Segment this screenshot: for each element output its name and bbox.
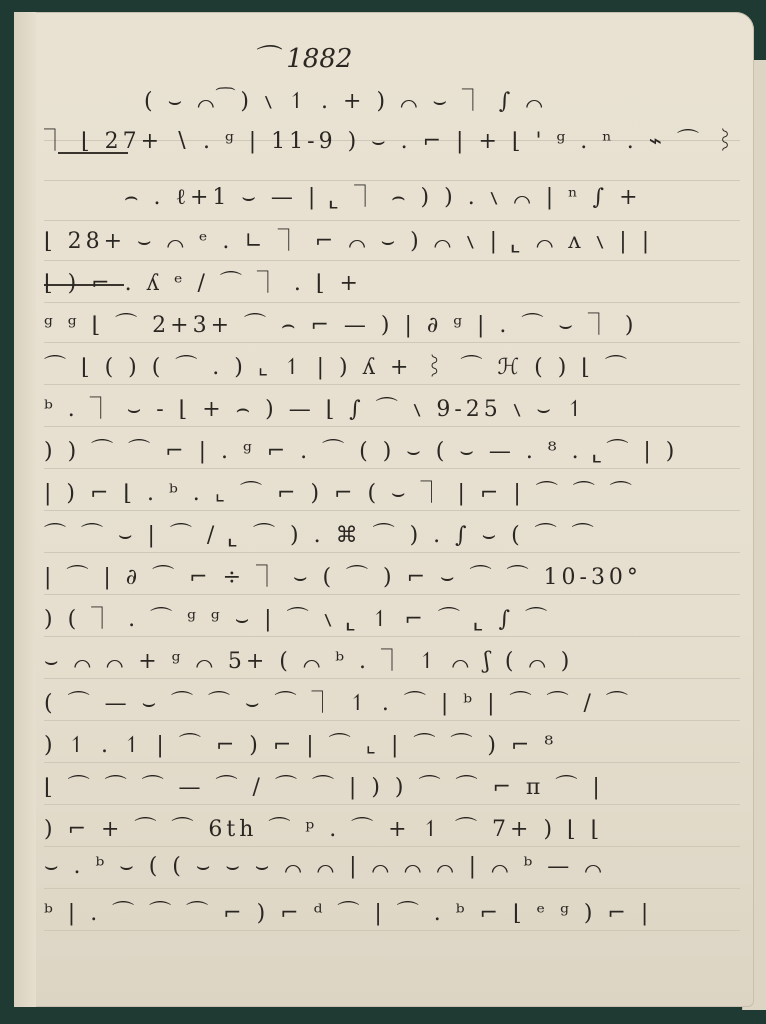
shorthand-line: ⌣ . ᵇ ⌣ ( ( ⌣ ⌣ ⌣ ⌒ ⌒ | ⌒ ⌒ ⌒ | ⌒ ᵇ — ⌒	[44, 854, 734, 879]
shorthand-line: ⌒ ⌒ ⌣ | ⌒ / ⌞ ⌒ ) . ⌘ ⌒ ) . ∫ ⌣ ( ⌒ ⌒	[44, 518, 734, 549]
shorthand-line: ⌢ . ℓ+1 ⌣ — | ⌞ ⏋ ⌢ ) ) . ∖ ⌒ | ⁿ ∫ +	[124, 180, 734, 211]
page-header-year: ⌒ 1882	[252, 38, 352, 75]
shorthand-line: | ) ⌐ ⌊ . ᵇ . ⌞ ⌒ ⌐ ) ⌐ ( ⌣ ⏋ | ⌐ | ⌒ ⌒ …	[44, 476, 734, 507]
ruled-line	[44, 846, 740, 847]
notebook-page: ⌒ 1882 ( ⌣ ⌒ ͡ ) ∖ ↿ . + ) ⌒ ⌣ ⏋ ∫ ⌒ ⏋ ⌊…	[14, 12, 754, 1007]
ruled-line	[44, 342, 740, 343]
shorthand-line: ᵍ ᵍ ⌊ ⌒ 2+3+ ⌒ ⌢ ⌐ — ) | ∂ ᵍ | . ⌒ ⌣ ⏋ )	[44, 308, 734, 339]
shorthand-line: ᵇ . ⏋ ⌣ - ⌊ + ⌢ ) — ⌊ ∫ ⌒ ∖ 9-25 ∖ ⌣ ↿	[44, 392, 734, 423]
ruled-line	[44, 762, 740, 763]
ruled-line	[44, 678, 740, 679]
shorthand-line: ᵇ | . ⌒ ⌒ ⌒ ⌐ ) ⌐ ᵈ ⌒ | ⌒ . ᵇ ⌐ ⌊ ᵉ ᵍ ) …	[44, 896, 734, 927]
shorthand-line: ) ( ⏋ . ⌒ ᵍ ᵍ ⌣ | ⌒ ∖ ⌞ ↿ ⌐ ⌒ ⌞ ∫ ⌒	[44, 602, 734, 633]
ruled-line	[44, 426, 740, 427]
ruled-line	[44, 260, 740, 261]
shorthand-line: ⏋ ⌊ 27+ ∖ . ᵍ | 11-9 ) ⌣ . ⌐ | + ⌊ ' ᵍ .…	[44, 124, 734, 155]
shorthand-line: ) ⌐ + ⌒ ⌒ 6th ⌒ ᵖ . ⌒ + ↿ ⌒ 7+ ) ⌊ ⌊	[44, 812, 734, 843]
ruled-line	[44, 930, 740, 931]
ruled-line	[44, 220, 740, 221]
shorthand-line: ) ↿ . ↿ | ⌒ ⌐ ) ⌐ | ⌒ ⌞ | ⌒ ⌒ ) ⌐ ⁸	[44, 728, 734, 759]
shorthand-line: | ⌒ | ∂ ⌒ ⌐ ÷ ⏋ ⌣ ( ⌒ ) ⌐ ⌣ ⌒ ⌒ 10-30°	[44, 560, 734, 591]
ruled-line	[44, 888, 740, 889]
shorthand-line: ⌊ ⌒ ⌒ ⌒ — ⌒ / ⌒ ⌒ | ) ) ⌒ ⌒ ⌐ π ⌒ |	[44, 770, 734, 801]
shorthand-line: ⌊ ) ⌐ . ʎ ᵉ / ⌒ ⏋ . ⌊ +	[44, 266, 734, 297]
ruled-line	[44, 552, 740, 553]
ruled-line	[44, 302, 740, 303]
shorthand-line: ⌊ 28+ ⌣ ⌒ ᵉ . ∟ ⏋ ⌐ ⌒ ⌣ ) ⌒ ∖ | ⌞ ⌒ ʌ ∖ …	[44, 224, 734, 255]
ruled-line	[44, 594, 740, 595]
shorthand-line: ) ) ⌒ ⌒ ⌐ | . ᵍ ⌐ . ⌒ ( ) ⌣ ( ⌣ — . ⁸ . …	[44, 434, 734, 465]
shorthand-line: ⌣ ⌒ ⌒ + ᵍ ⌒ 5+ ( ⌒ ᵇ . ⏋ ↿ ⌒ ʃ ( ⌒ )	[44, 644, 734, 675]
ruled-line	[44, 636, 740, 637]
ruled-line	[44, 720, 740, 721]
shorthand-line: ( ⌣ ⌒ ͡ ) ∖ ↿ . + ) ⌒ ⌣ ⏋ ∫ ⌒	[144, 84, 734, 115]
ruled-line	[44, 510, 740, 511]
shorthand-line: ( ⌒ — ⌣ ⌒ ⌒ ⌣ ⌒ ⏋ ↿ . ⌒ | ᵇ | ⌒ ⌒ / ⌒	[44, 686, 734, 717]
ruled-line	[44, 384, 740, 385]
shorthand-line: ⌒ ⌊ ( ) ( ⌒ . ) ⌞ ↿ | ) ʎ + ⌇ ⌒ ℋ ( ) ⌊ …	[44, 350, 734, 381]
ruled-line	[44, 804, 740, 805]
ruled-line	[44, 468, 740, 469]
